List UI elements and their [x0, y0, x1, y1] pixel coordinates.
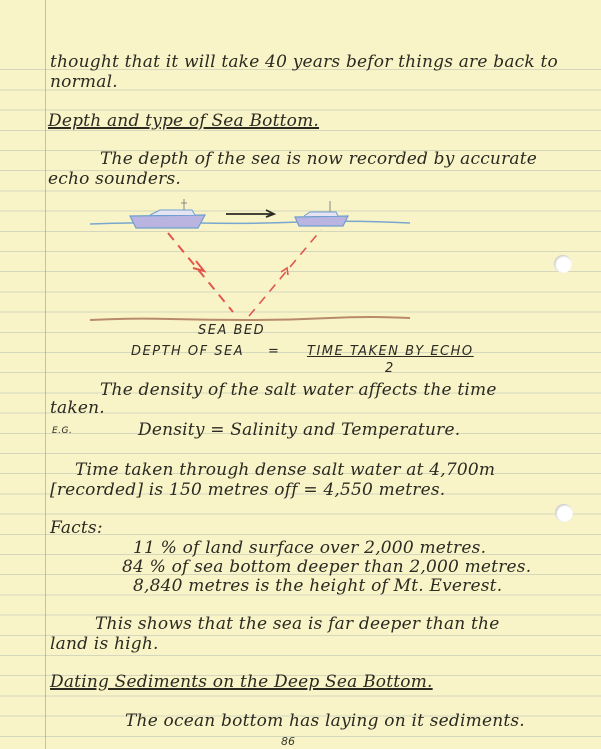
echo-signal-down [168, 233, 233, 312]
formula-denominator: 2 [385, 361, 395, 376]
eg-label: E.G. [52, 426, 72, 436]
fact-item: 11 % of land surface over 2,000 metres. [133, 538, 486, 558]
echo-signal-up [249, 230, 321, 316]
seabed-label: SEA BED [198, 323, 265, 338]
text-line: Time taken through dense salt water at 4… [75, 460, 495, 480]
formula-equals: = [268, 344, 280, 359]
text-line: The ocean bottom has laying on it sedime… [125, 711, 525, 731]
formula-numerator: TIME TAKEN BY ECHO [307, 344, 474, 359]
text-line: [recorded] is 150 metres off = 4,550 met… [50, 480, 445, 500]
fact-item: 84 % of sea bottom deeper than 2,000 met… [122, 557, 531, 577]
notebook-page: thought that it will take 40 years befor… [0, 0, 601, 749]
text-line: This shows that the sea is far deeper th… [95, 614, 499, 634]
text-line: The density of the salt water affects th… [100, 380, 497, 400]
text-line: taken. [50, 398, 105, 418]
ship-icon [130, 199, 205, 228]
seabed-line [90, 317, 410, 320]
text-line: Density = Salinity and Temperature. [138, 420, 460, 440]
section-heading: Dating Sediments on the Deep Sea Bottom. [50, 672, 433, 692]
page-number: 86 [281, 735, 295, 748]
facts-label: Facts: [50, 518, 103, 538]
fact-item: 8,840 metres is the height of Mt. Everes… [133, 576, 502, 596]
formula-left: DEPTH OF SEA [131, 344, 244, 359]
direction-arrow-icon [226, 210, 274, 217]
text-line: land is high. [50, 634, 159, 654]
ship-icon [295, 201, 348, 226]
